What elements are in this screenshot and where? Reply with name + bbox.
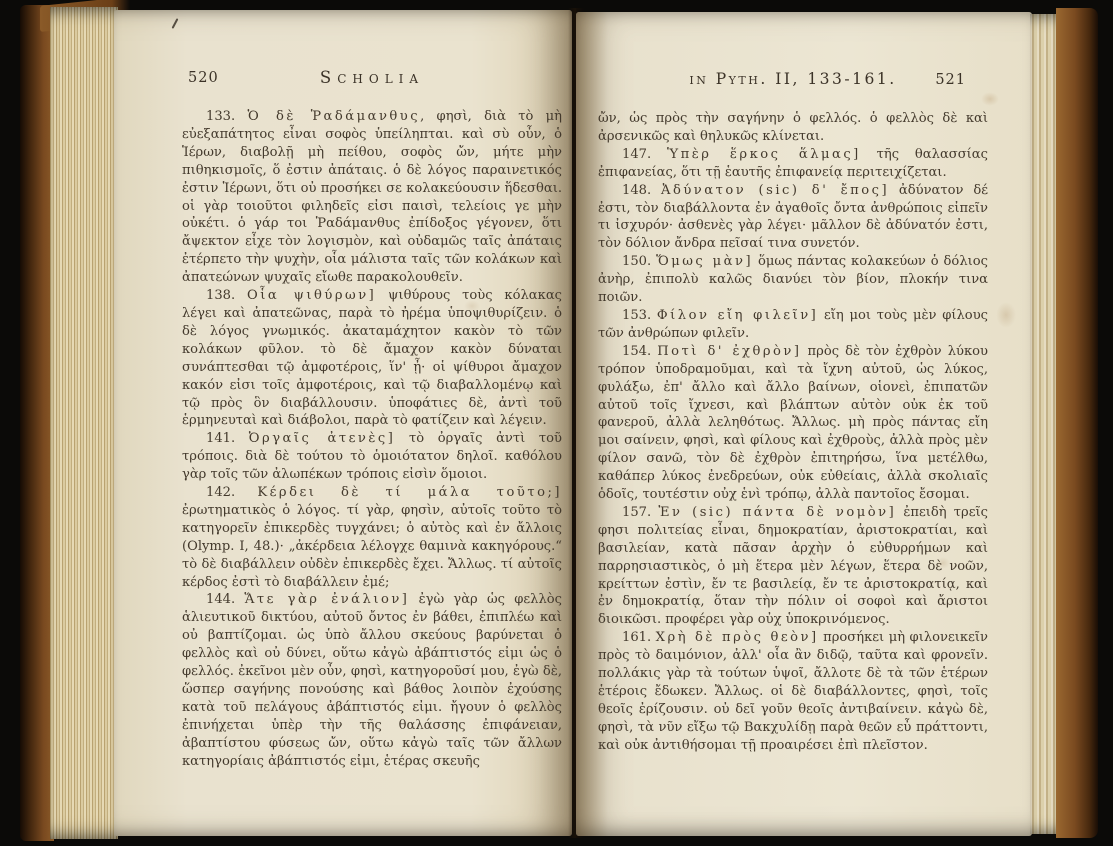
scholium-paragraph: 138. Οἷα ψιθύρων] ψιθύρους τοὺς κόλακας …	[182, 287, 562, 430]
scholium-paragraph: 153. Φίλον εἴη φιλεῖν] εἴη μοι τοὺς μὲν …	[598, 307, 988, 343]
scholium-number: 153.	[622, 308, 657, 323]
scholium-paragraph: 147. Ὑπὲρ ἕρκος ἅλμας] τῆς θαλασσίας ἐπι…	[598, 146, 988, 182]
scholia-text-left: 133. Ὁ δὲ Ῥαδάμανθυς, φησὶ, διὰ τὸ μὴ εὐ…	[182, 108, 562, 771]
left-page-header: 520 Scholia	[182, 68, 562, 98]
scholium-paragraph: 161. Χρὴ δὲ πρὸς θεὸν] προσήκει μὴ φιλον…	[598, 629, 988, 754]
scholium-number: 142.	[206, 485, 257, 500]
scholium-lemma: Οἷα ψιθύρων]	[247, 288, 376, 303]
scholium-number: 144.	[206, 592, 244, 607]
page-number-right: 521	[935, 72, 966, 88]
book-cover-left-edge	[20, 5, 54, 841]
scholium-number: 138.	[206, 288, 247, 303]
book-cover-right-edge	[1056, 8, 1098, 838]
scholium-lemma: Ὁ δὲ Ῥαδάμανθυς	[247, 109, 420, 124]
scholium-lemma: Χρὴ δὲ πρὸς θεὸν]	[656, 630, 819, 645]
scholium-paragraph: 150. Ὅμως μὰν] ὅμως πάντας κολακεύων ὁ δ…	[598, 253, 988, 307]
scholium-lemma: Ἀδύνατον (sic) δ' ἔπος]	[661, 183, 889, 198]
fore-edge-page-stack	[50, 7, 118, 839]
foxing-spot	[996, 302, 1016, 328]
right-page-header: in Pyth. II, 133-161. 521	[598, 70, 988, 100]
scholium-paragraph: 142. Κέρδει δὲ τί μάλα τοῦτο;] ἐρωτηματι…	[182, 484, 562, 591]
scholia-text-right: ὤν, ὡς πρὸς τὴν σαγήνην ὁ φελλός. ὁ φελλ…	[598, 110, 988, 755]
scholium-paragraph: ὤν, ὡς πρὸς τὴν σαγήνην ὁ φελλός. ὁ φελλ…	[598, 110, 988, 146]
scholium-number: 150.	[622, 254, 656, 269]
scholium-number: 147.	[622, 147, 667, 162]
scholium-number: 154.	[622, 344, 657, 359]
scholium-number: 133.	[206, 109, 247, 124]
left-page: 520 Scholia 133. Ὁ δὲ Ῥαδάμανθυς, φησὶ, …	[114, 10, 572, 836]
scholium-number: 161.	[622, 630, 656, 645]
right-page: in Pyth. II, 133-161. 521 ὤν, ὡς πρὸς τὴ…	[576, 12, 1032, 836]
scholium-paragraph: 148. Ἀδύνατον (sic) δ' ἔπος] ἀδύνατον δέ…	[598, 182, 988, 254]
scholium-number: 157.	[622, 505, 658, 520]
scholium-paragraph: 154. Ποτὶ δ' ἐχθρὸν] πρὸς δὲ τὸν ἐχθρὸν …	[598, 343, 988, 504]
scholium-paragraph: 133. Ὁ δὲ Ῥαδάμανθυς, φησὶ, διὰ τὸ μὴ εὐ…	[182, 108, 562, 287]
scholium-lemma: Ποτὶ δ' ἐχθρὸν]	[657, 344, 801, 359]
scholium-paragraph: 144. Ἅτε γὰρ ἐνάλιον] ἐγὼ γὰρ ὡς φελλὸς …	[182, 591, 562, 770]
page-edges-right	[1030, 14, 1058, 834]
scholium-lemma: Ὑπὲρ ἕρκος ἅλμας]	[667, 147, 861, 162]
scholium-lemma: Ὅμως μὰν]	[656, 254, 753, 269]
scholium-paragraph: 141. Ὀργαῖς ἀτενὲς] τὸ ὀργαῖς ἀντὶ τοῦ τ…	[182, 430, 562, 484]
scholium-lemma: Ὀργαῖς ἀτενὲς]	[249, 431, 396, 446]
pen-mark	[172, 18, 179, 29]
scholium-paragraph: 157. Ἐν (sic) πάντα δὲ νομὸν] ἐπειδὴ τρε…	[598, 504, 988, 629]
scholium-lemma: Ἅτε γὰρ ἐνάλιον]	[244, 592, 409, 607]
running-head-right: in Pyth. II, 133-161.	[598, 70, 988, 88]
scholium-number: 148.	[622, 183, 661, 198]
open-book-photo: 520 Scholia 133. Ὁ δὲ Ῥαδάμανθυς, φησὶ, …	[0, 0, 1113, 846]
running-title-left: Scholia	[182, 68, 562, 87]
scholium-lemma: Κέρδει δὲ τί μάλα τοῦτο;]	[257, 485, 562, 500]
scholium-number: 141.	[206, 431, 249, 446]
scholium-lemma: Ἐν (sic) πάντα δὲ νομὸν]	[658, 505, 896, 520]
scholium-lemma: Φίλον εἴη φιλεῖν]	[657, 308, 818, 323]
